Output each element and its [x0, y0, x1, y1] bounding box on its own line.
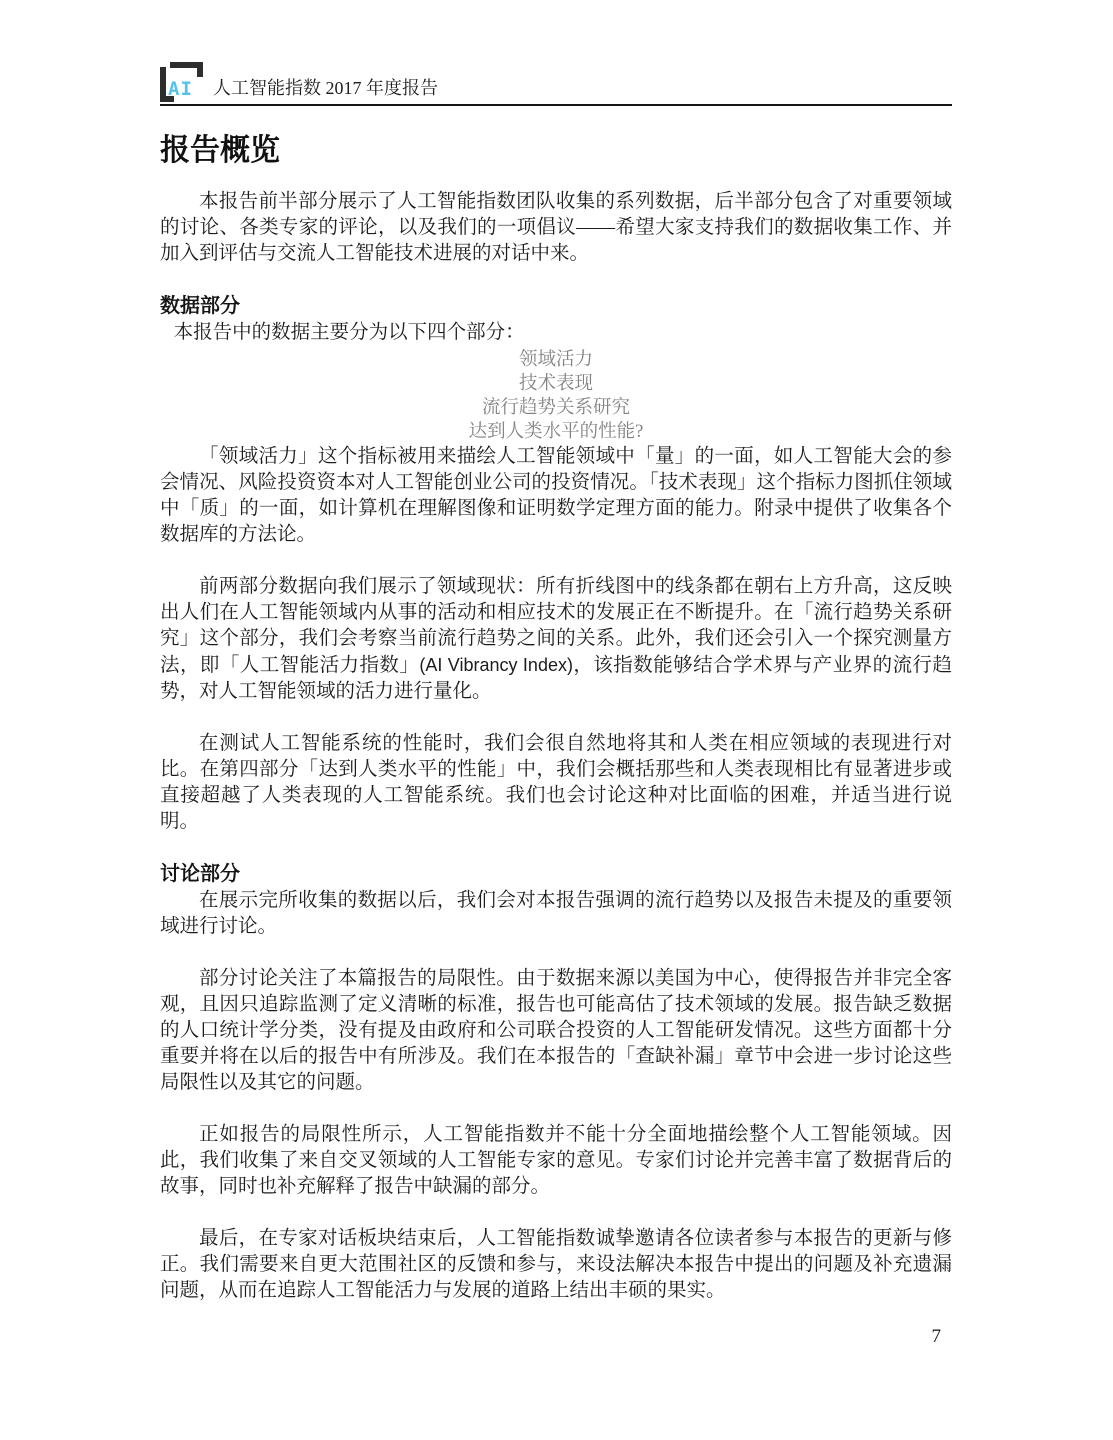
list-item: 领域活力 [160, 348, 952, 372]
document-page: AI 人工智能指数 2017 年度报告 报告概览 本报告前半部分展示了人工智能指… [0, 0, 1113, 1440]
logo-frame-top-icon [170, 62, 203, 77]
page-content: AI 人工智能指数 2017 年度报告 报告概览 本报告前半部分展示了人工智能指… [160, 62, 952, 1304]
page-title: 报告概览 [160, 131, 952, 171]
discussion-section-heading: 讨论部分 [160, 861, 952, 888]
list-item: 技术表现 [160, 372, 952, 396]
experts-paragraph: 正如报告的局限性所示，人工智能指数并不能十分全面地描绘整个人工智能领域。因此，我… [160, 1122, 952, 1200]
list-item: 达到人类水平的性能? [160, 420, 952, 444]
limitations-paragraph: 部分讨论关注了本篇报告的局限性。由于数据来源以美国为中心，使得报告并非完全客观，… [160, 966, 952, 1096]
header-rule [160, 104, 952, 106]
trends-paragraph: 前两部分数据向我们展示了领域现状：所有折线图中的线条都在朝右上方升高，这反映出人… [160, 574, 952, 705]
vibrancy-performance-paragraph: 「领域活力」这个指标被用来描绘人工智能领域中「量」的一面，如人工智能大会的参会情… [160, 444, 952, 548]
ai-index-logo: AI [160, 62, 204, 104]
human-performance-paragraph: 在测试人工智能系统的性能时，我们会很自然地将其和人类在相应领域的表现进行对比。在… [160, 731, 952, 835]
report-header-title: 人工智能指数 2017 年度报告 [204, 79, 438, 104]
page-header: AI 人工智能指数 2017 年度报告 [160, 62, 952, 104]
ai-vibrancy-index-latin: (AI Vibrancy Index) [419, 655, 573, 675]
list-item: 流行趋势关系研究 [160, 396, 952, 420]
data-section-heading: 数据部分 [160, 293, 952, 320]
data-section-lead: 本报告中的数据主要分为以下四个部分： [160, 320, 952, 346]
page-number: 7 [932, 1326, 942, 1348]
discussion-intro-paragraph: 在展示完所收集的数据以后，我们会对本报告强调的流行趋势以及报告未提及的重要领域进… [160, 888, 952, 940]
logo-ai-letters: AI [168, 80, 193, 99]
intro-paragraph: 本报告前半部分展示了人工智能指数团队收集的系列数据，后半部分包含了对重要领域的讨… [160, 189, 952, 267]
closing-paragraph: 最后，在专家对话板块结束后，人工智能指数诚挚邀请各位读者参与本报告的更新与修正。… [160, 1226, 952, 1304]
data-parts-list: 领域活力 技术表现 流行趋势关系研究 达到人类水平的性能? [160, 348, 952, 444]
